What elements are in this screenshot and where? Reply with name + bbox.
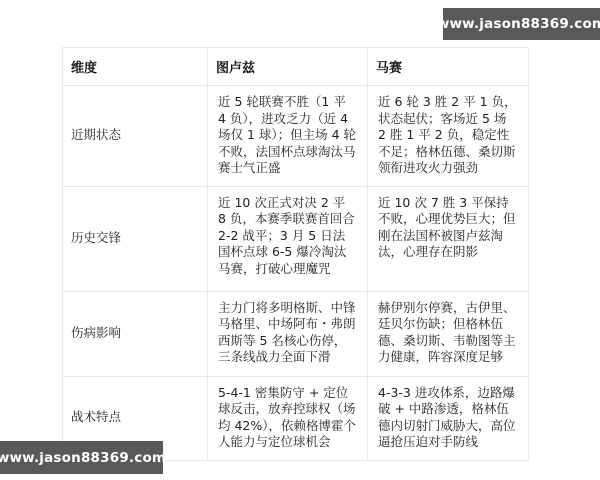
- marseille-cell: 4-3-3 进攻体系，边路爆破 + 中路渗透，格林伍德内切射门威胁大，高位逼抢压…: [368, 376, 529, 460]
- watermark-text: www.jason88369.com: [0, 450, 166, 466]
- table-row-head-to-head: 历史交锋 近 10 次正式对决 2 平 8 负，本赛季联赛首回合 2-2 战平；…: [63, 186, 529, 291]
- toulouse-cell: 近 10 次正式对决 2 平 8 负，本赛季联赛首回合 2-2 战平；3 月 5…: [208, 186, 368, 291]
- toulouse-cell: 主力门将多明格斯、中锋马格里、中场阿布・弗朗西斯等 5 名核心伤停，三条线战力全…: [208, 291, 368, 376]
- toulouse-cell: 近 5 轮联赛不胜（1 平 4 负），进攻乏力（近 4 场仅 1 球）；但主场 …: [208, 86, 368, 187]
- header-row: 维度 图卢兹 马赛: [63, 48, 529, 86]
- table-row-injuries: 伤病影响 主力门将多明格斯、中锋马格里、中场阿布・弗朗西斯等 5 名核心伤停，三…: [63, 291, 529, 376]
- table-row-recent-form: 近期状态 近 5 轮联赛不胜（1 平 4 负），进攻乏力（近 4 场仅 1 球）…: [63, 86, 529, 187]
- watermark-text: www.jason88369.com: [437, 16, 600, 32]
- page: www.jason88369.com 维度 图卢兹 马赛 近期状态 近 5 轮联…: [0, 0, 600, 480]
- marseille-cell: 近 10 次 7 胜 3 平保持不败，心理优势巨大；但刚在法国杯被图卢兹淘汰，心…: [368, 186, 529, 291]
- watermark-top-right: www.jason88369.com: [443, 8, 600, 40]
- header-toulouse: 图卢兹: [208, 48, 368, 86]
- dimension-cell: 历史交锋: [63, 186, 208, 291]
- marseille-cell: 近 6 轮 3 胜 2 平 1 负，状态起伏；客场近 5 场 2 胜 1 平 2…: [368, 86, 529, 187]
- toulouse-cell: 5-4-1 密集防守 + 定位球反击，放弃控球权（场均 42%），依赖格博霍个人…: [208, 376, 368, 460]
- dimension-cell: 近期状态: [63, 86, 208, 187]
- comparison-table: 维度 图卢兹 马赛 近期状态 近 5 轮联赛不胜（1 平 4 负），进攻乏力（近…: [62, 47, 529, 461]
- watermark-bottom-left: www.jason88369.com: [0, 441, 163, 474]
- marseille-cell: 赫伊别尔停赛，古伊里、廷贝尔伤缺；但格林伍德、桑切斯、韦勒图等主力健康，阵容深度…: [368, 291, 529, 376]
- header-dimension: 维度: [63, 48, 208, 86]
- header-marseille: 马赛: [368, 48, 529, 86]
- dimension-cell: 伤病影响: [63, 291, 208, 376]
